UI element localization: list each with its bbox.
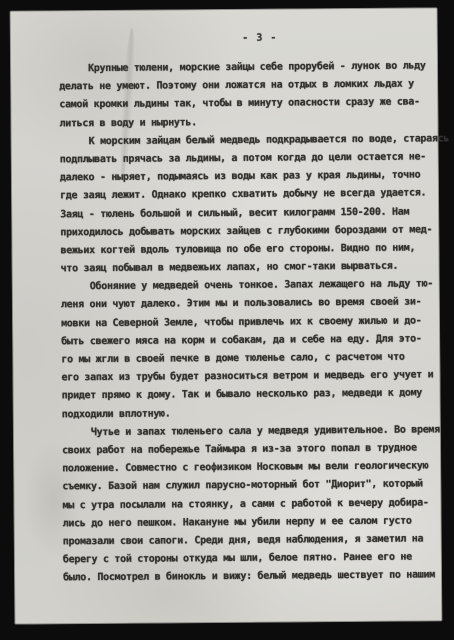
document-paragraphs: Крупные тюлени, морские зайцы себе прору… <box>59 57 445 587</box>
text-line: придет прямо к дому. Так и бывало нескол… <box>62 385 444 406</box>
scanned-page-frame: - 3 - Крупные тюлени, морские зайцы себе… <box>0 0 454 640</box>
text-line: съемку. Базой нам служил парусно-моторны… <box>62 476 444 497</box>
page-number: - 3 - <box>10 31 438 45</box>
paper-sheet: - 3 - Крупные тюлени, морские зайцы себе… <box>10 7 443 624</box>
text-line: самой кромки льдины так, чтобы в минуту … <box>59 94 441 115</box>
text-line: где заяц лежит. Однако крепко схватить д… <box>60 185 442 206</box>
text-line: было. Посмотрел в бинокль и вижу: белый … <box>63 567 445 588</box>
